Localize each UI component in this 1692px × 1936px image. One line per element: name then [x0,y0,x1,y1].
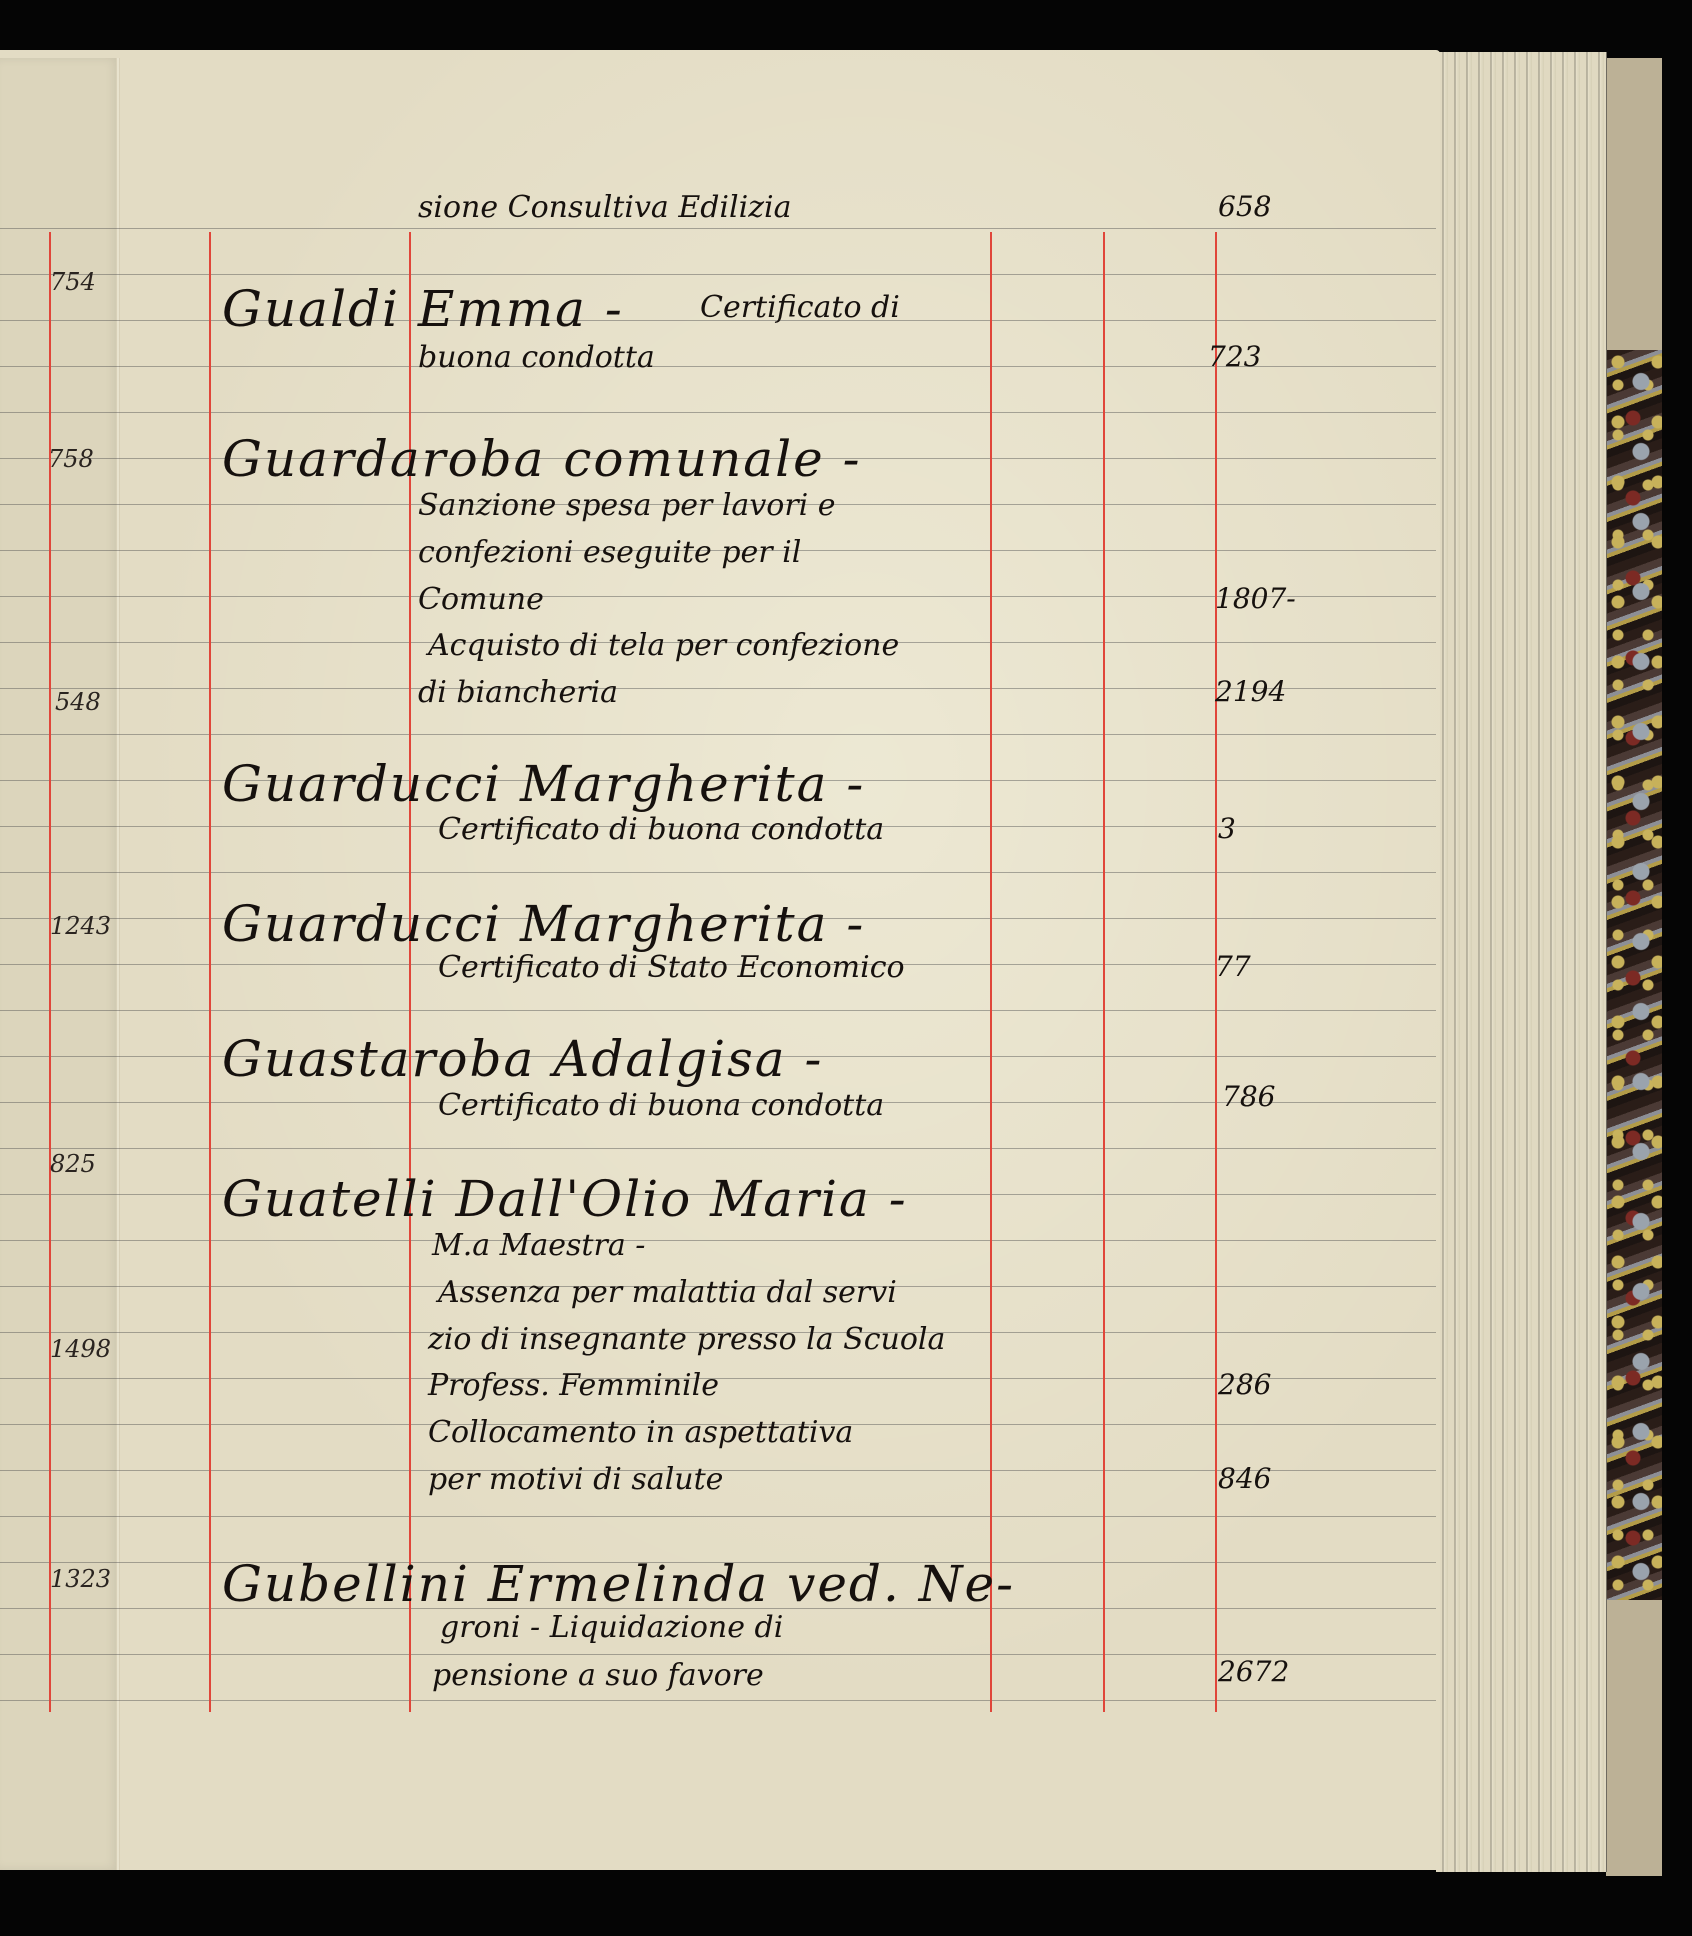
entry-line: confezioni eseguite per il [418,535,801,570]
red-column-line [990,232,992,1712]
red-column-line [1103,232,1105,1712]
entry-line: Collocamento in aspettativa [428,1415,853,1450]
entry-name: Guarducci Margherita - [222,895,865,953]
ruled-line [0,412,1436,413]
protocol-ref: 1323 [50,1565,111,1593]
ruled-line [0,1148,1436,1149]
ruled-line [0,734,1436,735]
page-number: 3 [1218,812,1236,845]
protocol-ref: 758 [48,445,94,473]
entry-name: Guardaroba comunale - [222,430,862,488]
entry-name: Gubellini Ermelinda ved. Ne- [222,1555,1015,1613]
page-number: 658 [1218,190,1271,223]
ruled-line [0,872,1436,873]
continuation-text: sione Consultiva Edilizia [418,190,792,225]
ruled-line [0,228,1436,229]
entry-line: groni - Liquidazione di [440,1610,783,1645]
protocol-ref: 1498 [50,1335,111,1363]
red-column-line [209,232,211,1712]
entry-line: di biancheria [418,675,618,710]
page-number: 2672 [1218,1655,1289,1688]
entry-name: Guastaroba Adalgisa - [222,1030,823,1088]
entry-line: per motivi di salute [428,1462,723,1497]
page-number: 846 [1218,1462,1271,1495]
page-number: 723 [1208,340,1261,373]
entry-line: Acquisto di tela per confezione [428,628,899,663]
ruled-line [0,1700,1436,1701]
marbled-endpaper [1606,350,1662,1600]
entry-line: Certificato di Stato Economico [438,950,905,985]
ruled-line [0,1516,1436,1517]
entry-line: Assenza per malattia dal servi [438,1275,897,1310]
protocol-ref: 548 [55,688,101,716]
page-number: 2194 [1215,675,1286,708]
entry-name: Guarducci Margherita - [222,755,865,813]
entry-line: Certificato di buona condotta [438,812,884,847]
entry-line: pensione a suo favore [432,1658,764,1693]
protocol-ref: 825 [50,1150,96,1178]
entry-name: Guatelli Dall'Olio Maria - [222,1170,908,1228]
ruled-line [0,1010,1436,1011]
entry-line: Profess. Femminile [428,1368,719,1403]
page-number: 286 [1218,1368,1271,1401]
entry-line: Sanzione spesa per lavori e [418,488,836,523]
protocol-ref: 1243 [50,912,111,940]
page-number: 77 [1215,950,1251,983]
entry-line: M.a Maestra - [432,1228,645,1263]
stacked-page-edges [1436,52,1607,1872]
entry-line: Certificato di buona condotta [438,1088,884,1123]
page-number: 1807- [1215,582,1296,615]
entry-line: Certificato di [700,290,900,325]
entry-line: buona condotta [418,340,655,375]
page-number: 786 [1222,1080,1275,1113]
protocol-ref: 754 [50,268,96,296]
ruled-line [0,1240,1436,1241]
entry-line: Comune [418,582,544,617]
ruled-line [0,274,1436,275]
entry-name: Gualdi Emma - [222,280,624,338]
entry-line: zio di insegnante presso la Scuola [428,1322,945,1357]
